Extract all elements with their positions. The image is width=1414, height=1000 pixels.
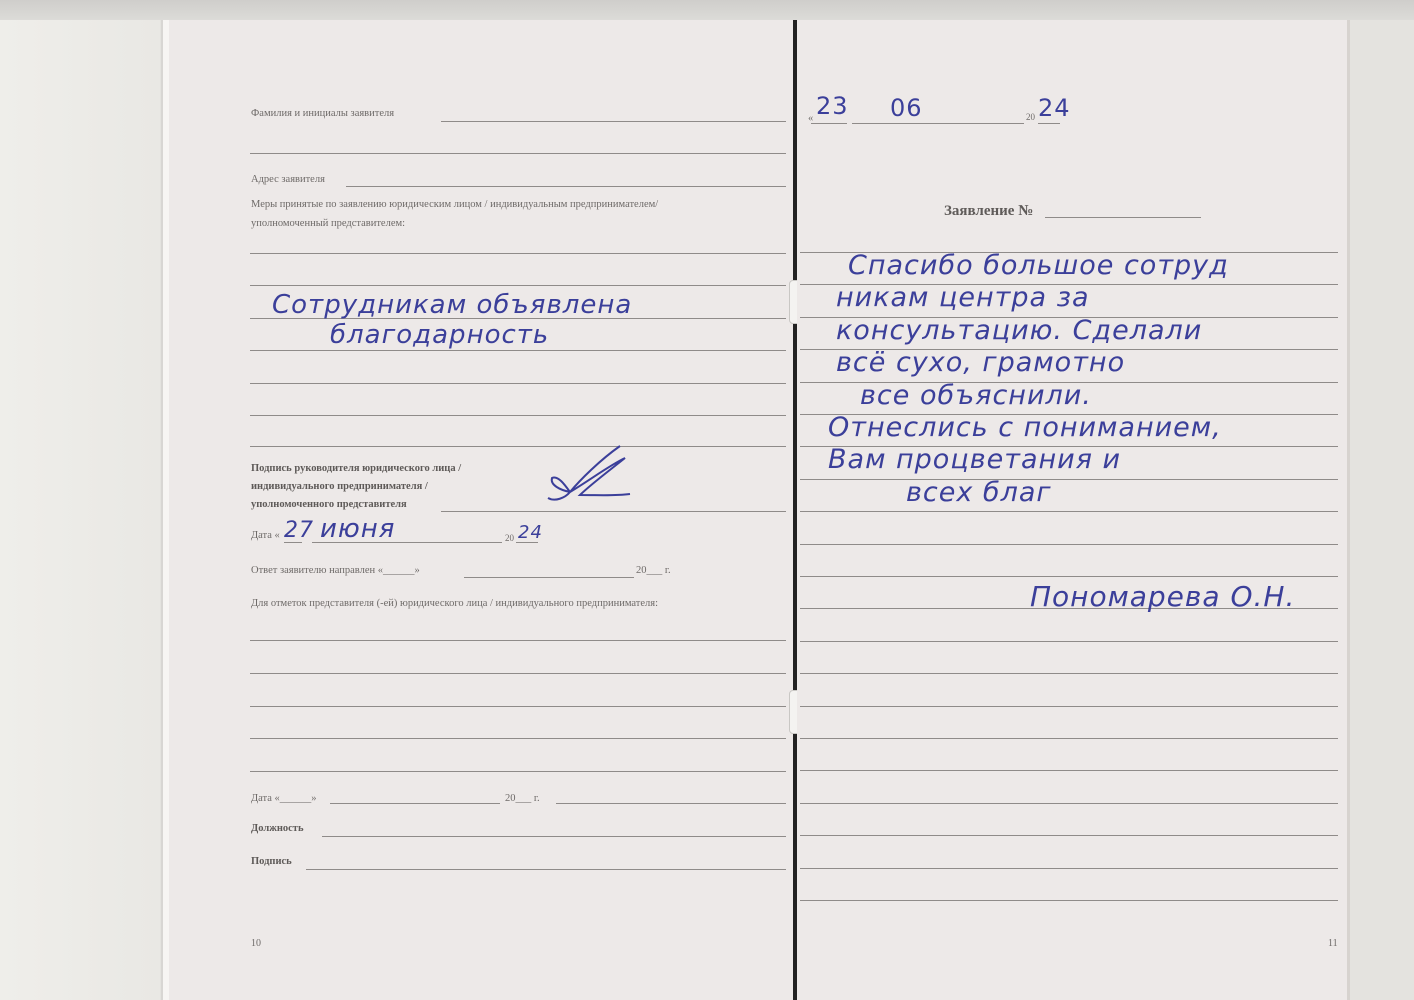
right-date-day-value: 23: [816, 92, 849, 120]
background-top: [0, 0, 1414, 20]
measures-line[interactable]: [250, 446, 786, 447]
statement-line[interactable]: [800, 803, 1338, 804]
measures-label-line2: уполномоченный представителем:: [251, 218, 405, 229]
notes-label: Для отметок представителя (-ей) юридичес…: [251, 598, 658, 609]
notes-line[interactable]: [250, 640, 786, 641]
response-year: 20___ г.: [636, 565, 671, 576]
head-signature-label-line3: уполномоченного представителя: [251, 499, 407, 510]
head-signature-label-line2: индивидуального предпринимателя /: [251, 481, 428, 492]
signature-label: Подпись: [251, 856, 292, 867]
signature-field[interactable]: [306, 869, 786, 870]
right-date-month-value: 06: [890, 94, 923, 122]
date-year-field[interactable]: [516, 542, 538, 543]
statement-title: Заявление №: [944, 203, 1033, 220]
bottom-date-year: 20___ г.: [505, 793, 540, 804]
statement-text-line: Вам процветания и: [828, 444, 1121, 475]
notes-line[interactable]: [250, 706, 786, 707]
right-date-year-field[interactable]: [1038, 123, 1060, 124]
notes-line[interactable]: [250, 738, 786, 739]
background-left: [0, 0, 160, 1000]
applicant-signature-name: Пономарева О.Н.: [1030, 580, 1295, 613]
measures-line[interactable]: [250, 253, 786, 254]
statement-line[interactable]: [800, 770, 1338, 771]
date-label: Дата «: [251, 530, 280, 541]
date-month-value: июня: [320, 514, 395, 544]
statement-text-line: Спасибо большое сотруд: [848, 250, 1229, 281]
statement-number-field[interactable]: [1045, 217, 1201, 218]
statement-text-line: все объяснили.: [860, 380, 1092, 411]
notes-line[interactable]: [250, 673, 786, 674]
statement-line[interactable]: [800, 900, 1338, 901]
statement-text-line: консультацию. Сделали: [836, 315, 1202, 346]
right-date-year-prefix: 20: [1026, 112, 1035, 122]
applicant-name-field[interactable]: [441, 121, 786, 122]
notes-line[interactable]: [250, 771, 786, 772]
response-label: Ответ заявителю направлен «______»: [251, 565, 420, 576]
applicant-name-field-line2[interactable]: [250, 153, 786, 154]
right-date-month-field[interactable]: [852, 123, 1024, 124]
measures-label-line1: Меры принятые по заявлению юридическим л…: [251, 199, 658, 210]
page-number-left: 10: [251, 938, 261, 949]
right-date-year-value: 24: [1038, 94, 1071, 122]
applicant-address-label: Адрес заявителя: [251, 174, 325, 185]
page-number-right: 11: [1328, 938, 1338, 949]
right-page: [797, 20, 1350, 1000]
measures-line[interactable]: [250, 383, 786, 384]
measures-handwritten-line2: благодарность: [330, 320, 549, 350]
statement-text-line: Отнеслись с пониманием,: [828, 412, 1222, 443]
bottom-date-label: Дата «______»: [251, 793, 317, 804]
position-label: Должность: [251, 823, 304, 834]
statement-line[interactable]: [800, 738, 1338, 739]
bottom-date-field[interactable]: [330, 803, 500, 804]
head-signature-label-line1: Подпись руководителя юридического лица /: [251, 463, 461, 474]
position-field[interactable]: [322, 836, 786, 837]
statement-line[interactable]: [800, 706, 1338, 707]
statement-text-line: всё сухо, грамотно: [836, 347, 1125, 378]
date-year-value: 24: [518, 522, 543, 543]
measures-line[interactable]: [250, 350, 786, 351]
head-signature-field[interactable]: [441, 511, 786, 512]
statement-line[interactable]: [800, 868, 1338, 869]
date-year-prefix: 20: [505, 533, 514, 543]
statement-line[interactable]: [800, 544, 1338, 545]
statement-line[interactable]: [800, 479, 1338, 480]
left-page: [163, 20, 799, 1000]
measures-line[interactable]: [250, 285, 786, 286]
bottom-signature-field[interactable]: [556, 803, 786, 804]
applicant-name-label: Фамилия и инициалы заявителя: [251, 108, 394, 119]
measures-handwritten-line1: Сотрудникам объявлена: [272, 290, 632, 320]
statement-line[interactable]: [800, 576, 1338, 577]
statement-line[interactable]: [800, 641, 1338, 642]
statement-line[interactable]: [800, 511, 1338, 512]
statement-text-line: никам центра за: [836, 282, 1090, 313]
head-signature-icon: [540, 440, 640, 510]
statement-line[interactable]: [800, 835, 1338, 836]
right-date-day-field[interactable]: [811, 123, 847, 124]
statement-text-line: всех благ: [906, 477, 1052, 508]
statement-line[interactable]: [800, 673, 1338, 674]
date-day-value: 27: [284, 518, 314, 543]
response-date-field[interactable]: [464, 577, 634, 578]
measures-line[interactable]: [250, 415, 786, 416]
applicant-address-field[interactable]: [346, 186, 786, 187]
